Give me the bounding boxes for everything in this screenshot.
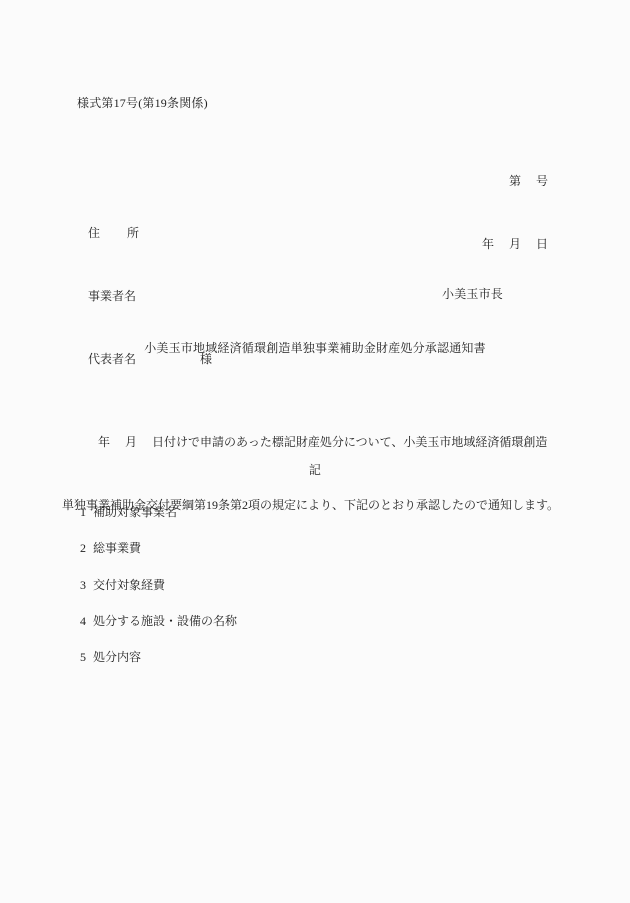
- item-number: 3: [80, 577, 93, 593]
- recipient-business-name-label: 事業者名: [88, 286, 212, 307]
- doc-number-date-block: 第 号 年 月 日: [482, 129, 548, 297]
- item-label: 処分する施設・設備の名称: [93, 614, 237, 628]
- item-number: 2: [80, 540, 93, 556]
- item-number: 4: [80, 613, 93, 629]
- form-number: 様式第17号(第19条関係): [77, 95, 208, 111]
- item-label: 総事業費: [93, 541, 141, 555]
- item-label: 補助対象事業名: [93, 505, 177, 519]
- list-item: 5処分内容: [80, 649, 141, 665]
- item-number: 5: [80, 649, 93, 665]
- item-number: 1: [80, 504, 93, 520]
- list-item: 2総事業費: [80, 540, 141, 556]
- item-label: 処分内容: [93, 650, 141, 664]
- record-marker: 記: [0, 462, 630, 478]
- body-line-1: 年 月 日付けで申請のあった標記財産処分について、小美玉市地域経済循環創造: [62, 432, 567, 453]
- doc-number-line: 第 号: [482, 171, 548, 192]
- recipient-block: 住 所 事業者名 代表者名様: [88, 181, 212, 412]
- sender-mayor: 小美玉市長: [442, 286, 503, 302]
- list-item: 4処分する施設・設備の名称: [80, 613, 237, 629]
- date-line: 年 月 日: [482, 234, 548, 255]
- item-label: 交付対象経費: [93, 578, 165, 592]
- list-item: 3交付対象経費: [80, 577, 165, 593]
- document-page: 様式第17号(第19条関係) 第 号 年 月 日 住 所 事業者名 代表者名様 …: [0, 0, 630, 903]
- document-title: 小美玉市地域経済循環創造単独事業補助金財産処分承認通知書: [0, 340, 630, 356]
- recipient-address-label: 住 所: [88, 223, 212, 244]
- list-item: 1補助対象事業名: [80, 504, 177, 520]
